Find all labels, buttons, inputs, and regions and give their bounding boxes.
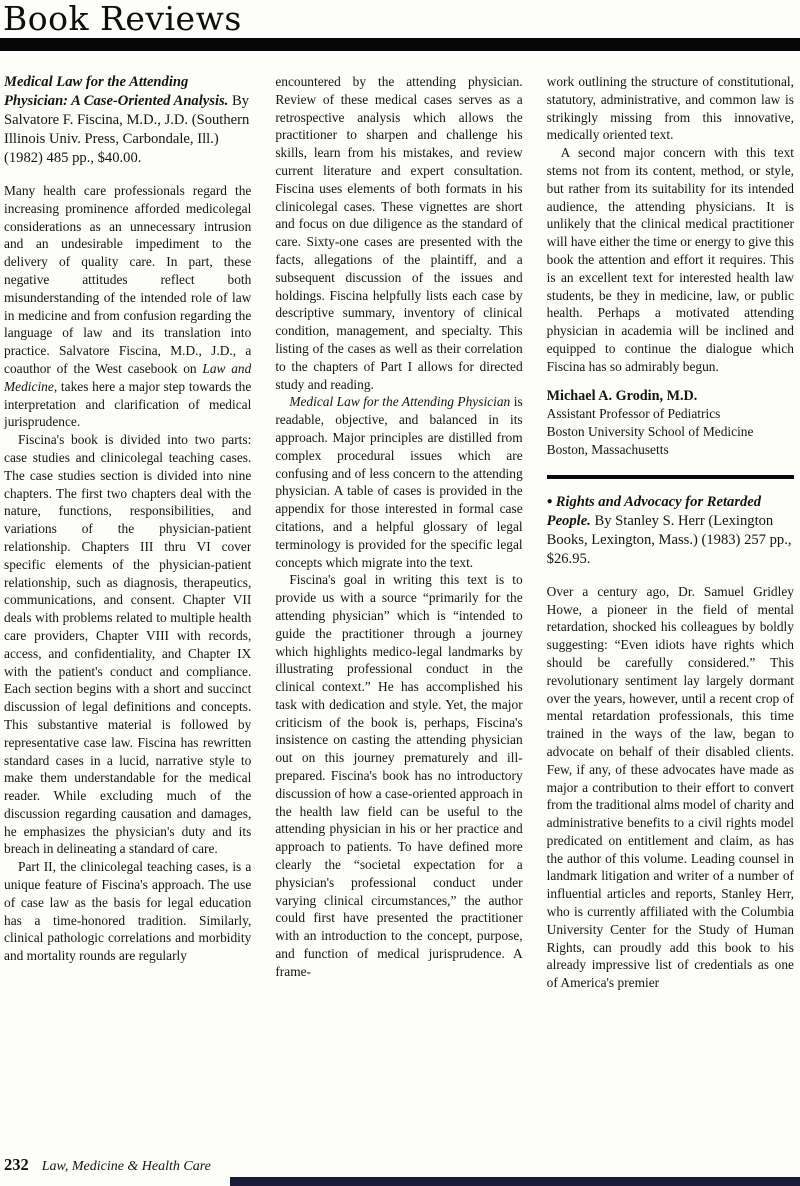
article-columns: Medical Law for the Attending Physician:… xyxy=(4,73,794,1159)
book-citation-heading: ●Rights and Advocacy for Retarded People… xyxy=(547,492,794,569)
reviewer-name: Michael A. Grodin, M.D. xyxy=(547,388,794,406)
body-text: Over a century ago, Dr. Samuel Gridley H… xyxy=(547,584,794,991)
column-2: encountered by the attending physician. … xyxy=(275,73,522,1159)
page-footer: 232Law, Medicine & Health Care xyxy=(4,1155,211,1175)
paragraph: Fiscina's book is divided into two parts… xyxy=(4,431,251,858)
paragraph: Medical Law for the Attending Physician … xyxy=(275,393,522,571)
body-text: Many health care professionals regard th… xyxy=(4,183,251,376)
book-citation-heading: Medical Law for the Attending Physician:… xyxy=(4,73,251,168)
body-text: is readable, objective, and balanced in … xyxy=(275,394,522,569)
body-text: Medical Law for the Attending Physician xyxy=(289,394,510,409)
body-text: Fiscina's goal in writing this text is t… xyxy=(275,572,522,979)
column-1: Medical Law for the Attending Physician:… xyxy=(4,73,251,1159)
reviewer-signature: Michael A. Grodin, M.D.Assistant Profess… xyxy=(547,388,794,459)
paragraph: Many health care professionals regard th… xyxy=(4,182,251,431)
body-text: Fiscina's book is divided into two parts… xyxy=(4,432,251,856)
footer-rule xyxy=(230,1177,800,1186)
body-text: encountered by the attending physician. … xyxy=(275,74,522,392)
paragraph: Part II, the clinicolegal teaching cases… xyxy=(4,858,251,965)
journal-page: Book Reviews Medical Law for the Attendi… xyxy=(0,0,800,1186)
header-rule xyxy=(0,38,800,51)
page-number: 232 xyxy=(4,1155,29,1174)
reviewer-affiliation: Boston, Massachusetts xyxy=(547,441,794,459)
body-text: Part II, the clinicolegal teaching cases… xyxy=(4,859,251,963)
bullet-icon: ● xyxy=(547,496,556,507)
paragraph: encountered by the attending physician. … xyxy=(275,73,522,393)
body-text: A second major concern with this text st… xyxy=(547,145,794,374)
paragraph: A second major concern with this text st… xyxy=(547,144,794,375)
page-title: Book Reviews xyxy=(0,0,800,37)
paragraph: Fiscina's goal in writing this text is t… xyxy=(275,571,522,980)
reviewer-affiliation: Boston University School of Medicine xyxy=(547,423,794,441)
column-3: work outlining the structure of constitu… xyxy=(547,73,794,1159)
paragraph: Over a century ago, Dr. Samuel Gridley H… xyxy=(547,583,794,992)
paragraph: work outlining the structure of constitu… xyxy=(547,73,794,144)
reviewer-affiliation: Assistant Professor of Pediatrics xyxy=(547,405,794,423)
journal-title: Law, Medicine & Health Care xyxy=(42,1159,211,1174)
section-divider-rule xyxy=(547,475,794,479)
body-text: work outlining the structure of constitu… xyxy=(547,74,794,142)
book-title-text: Medical Law for the Attending Physician:… xyxy=(4,74,228,109)
